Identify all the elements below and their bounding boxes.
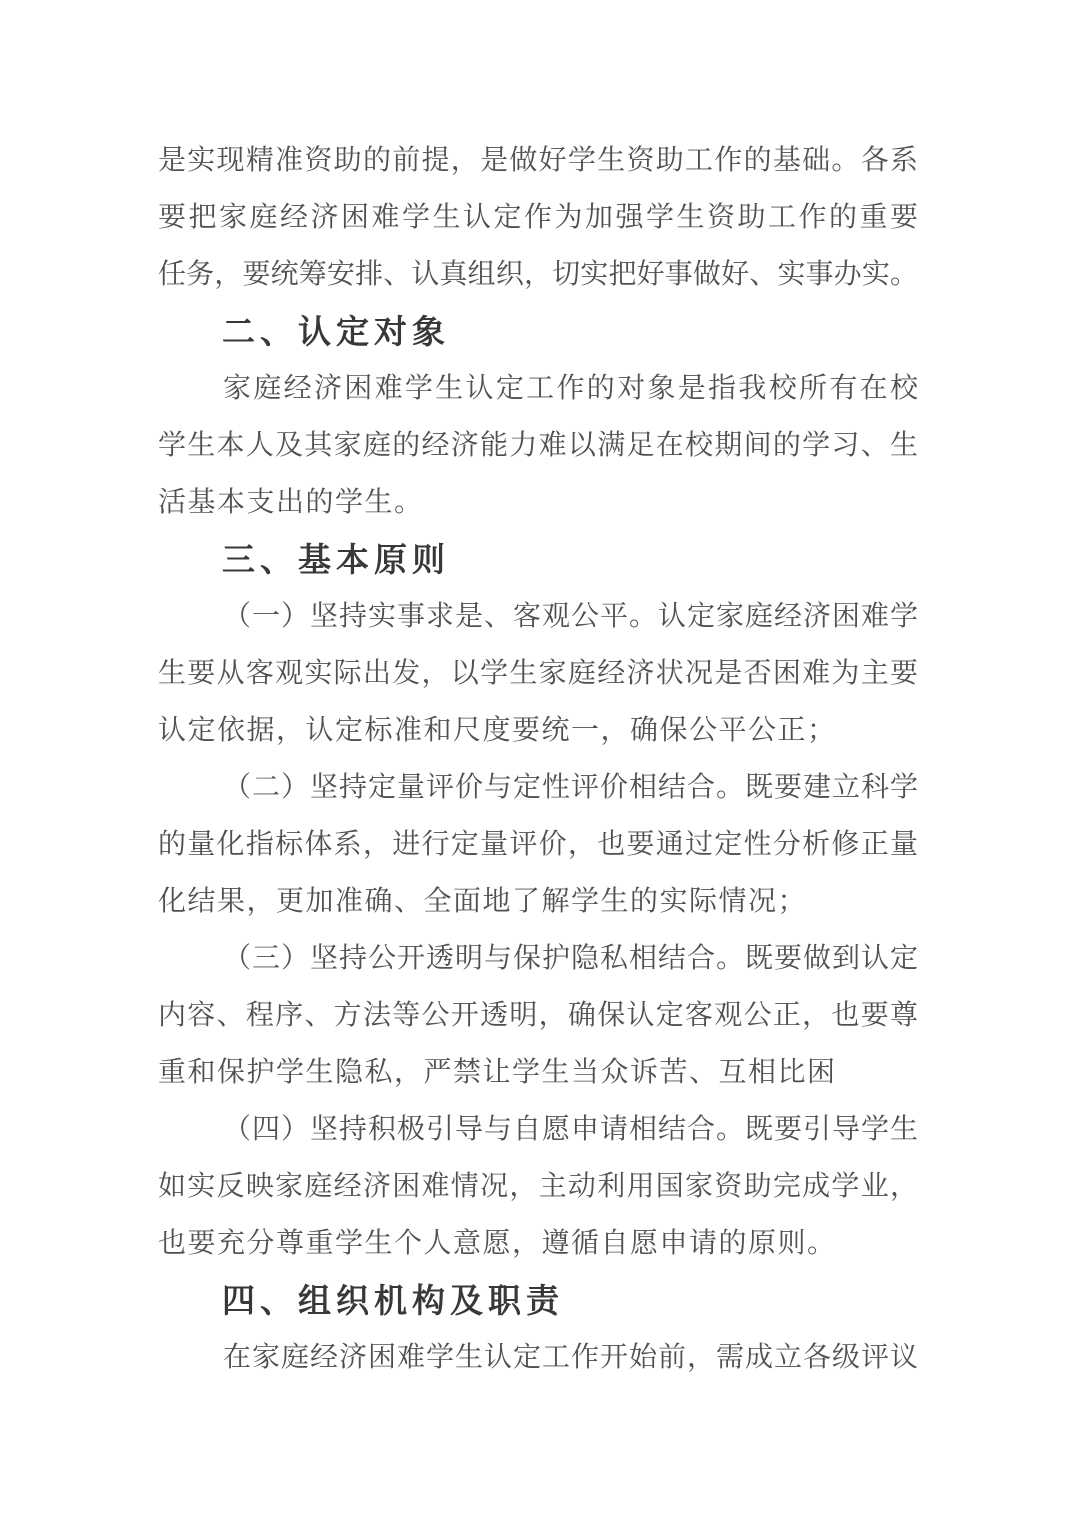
text-line: 内容、程序、方法等公开透明，确保认定客观公正，也要尊 [158,987,918,1044]
text-line: （二）坚持定量评价与定性评价相结合。既要建立科学 [158,759,918,816]
text-line: 学生本人及其家庭的经济能力难以满足在校期间的学习、生 [158,417,918,474]
text-line: 如实反映家庭经济困难情况，主动利用国家资助完成学业， [158,1158,918,1215]
document-page: 是实现精准资助的前提，是做好学生资助工作的基础。各系 要把家庭经济困难学生认定作… [0,0,1079,1526]
text-line: 也要充分尊重学生个人意愿，遵循自愿申请的原则。 [158,1215,918,1272]
text-line: 生要从客观实际出发，以学生家庭经济状况是否困难为主要 [158,645,918,702]
text-line: 活基本支出的学生。 [158,474,918,531]
text-line: （一）坚持实事求是、客观公平。认定家庭经济困难学 [158,588,918,645]
text-line: （四）坚持积极引导与自愿申请相结合。既要引导学生 [158,1101,918,1158]
document-body: 是实现精准资助的前提，是做好学生资助工作的基础。各系 要把家庭经济困难学生认定作… [158,132,918,1386]
section-heading-targets: 二、认定对象 [158,303,918,360]
text-line: 在家庭经济困难学生认定工作开始前，需成立各级评议 [158,1329,918,1386]
text-line: 重和保护学生隐私，严禁让学生当众诉苦、互相比困 [158,1044,918,1101]
text-line: 的量化指标体系，进行定量评价，也要通过定性分析修正量 [158,816,918,873]
text-line: 任务，要统筹安排、认真组织，切实把好事做好、实事办实。 [158,246,918,303]
text-line: 化结果，更加准确、全面地了解学生的实际情况； [158,873,918,930]
text-line: 是实现精准资助的前提，是做好学生资助工作的基础。各系 [158,132,918,189]
text-line: 认定依据，认定标准和尺度要统一，确保公平公正； [158,702,918,759]
section-heading-organization: 四、组织机构及职责 [158,1272,918,1329]
text-line: （三）坚持公开透明与保护隐私相结合。既要做到认定 [158,930,918,987]
text-line: 要把家庭经济困难学生认定作为加强学生资助工作的重要 [158,189,918,246]
section-heading-principles: 三、基本原则 [158,531,918,588]
text-line: 家庭经济困难学生认定工作的对象是指我校所有在校 [158,360,918,417]
